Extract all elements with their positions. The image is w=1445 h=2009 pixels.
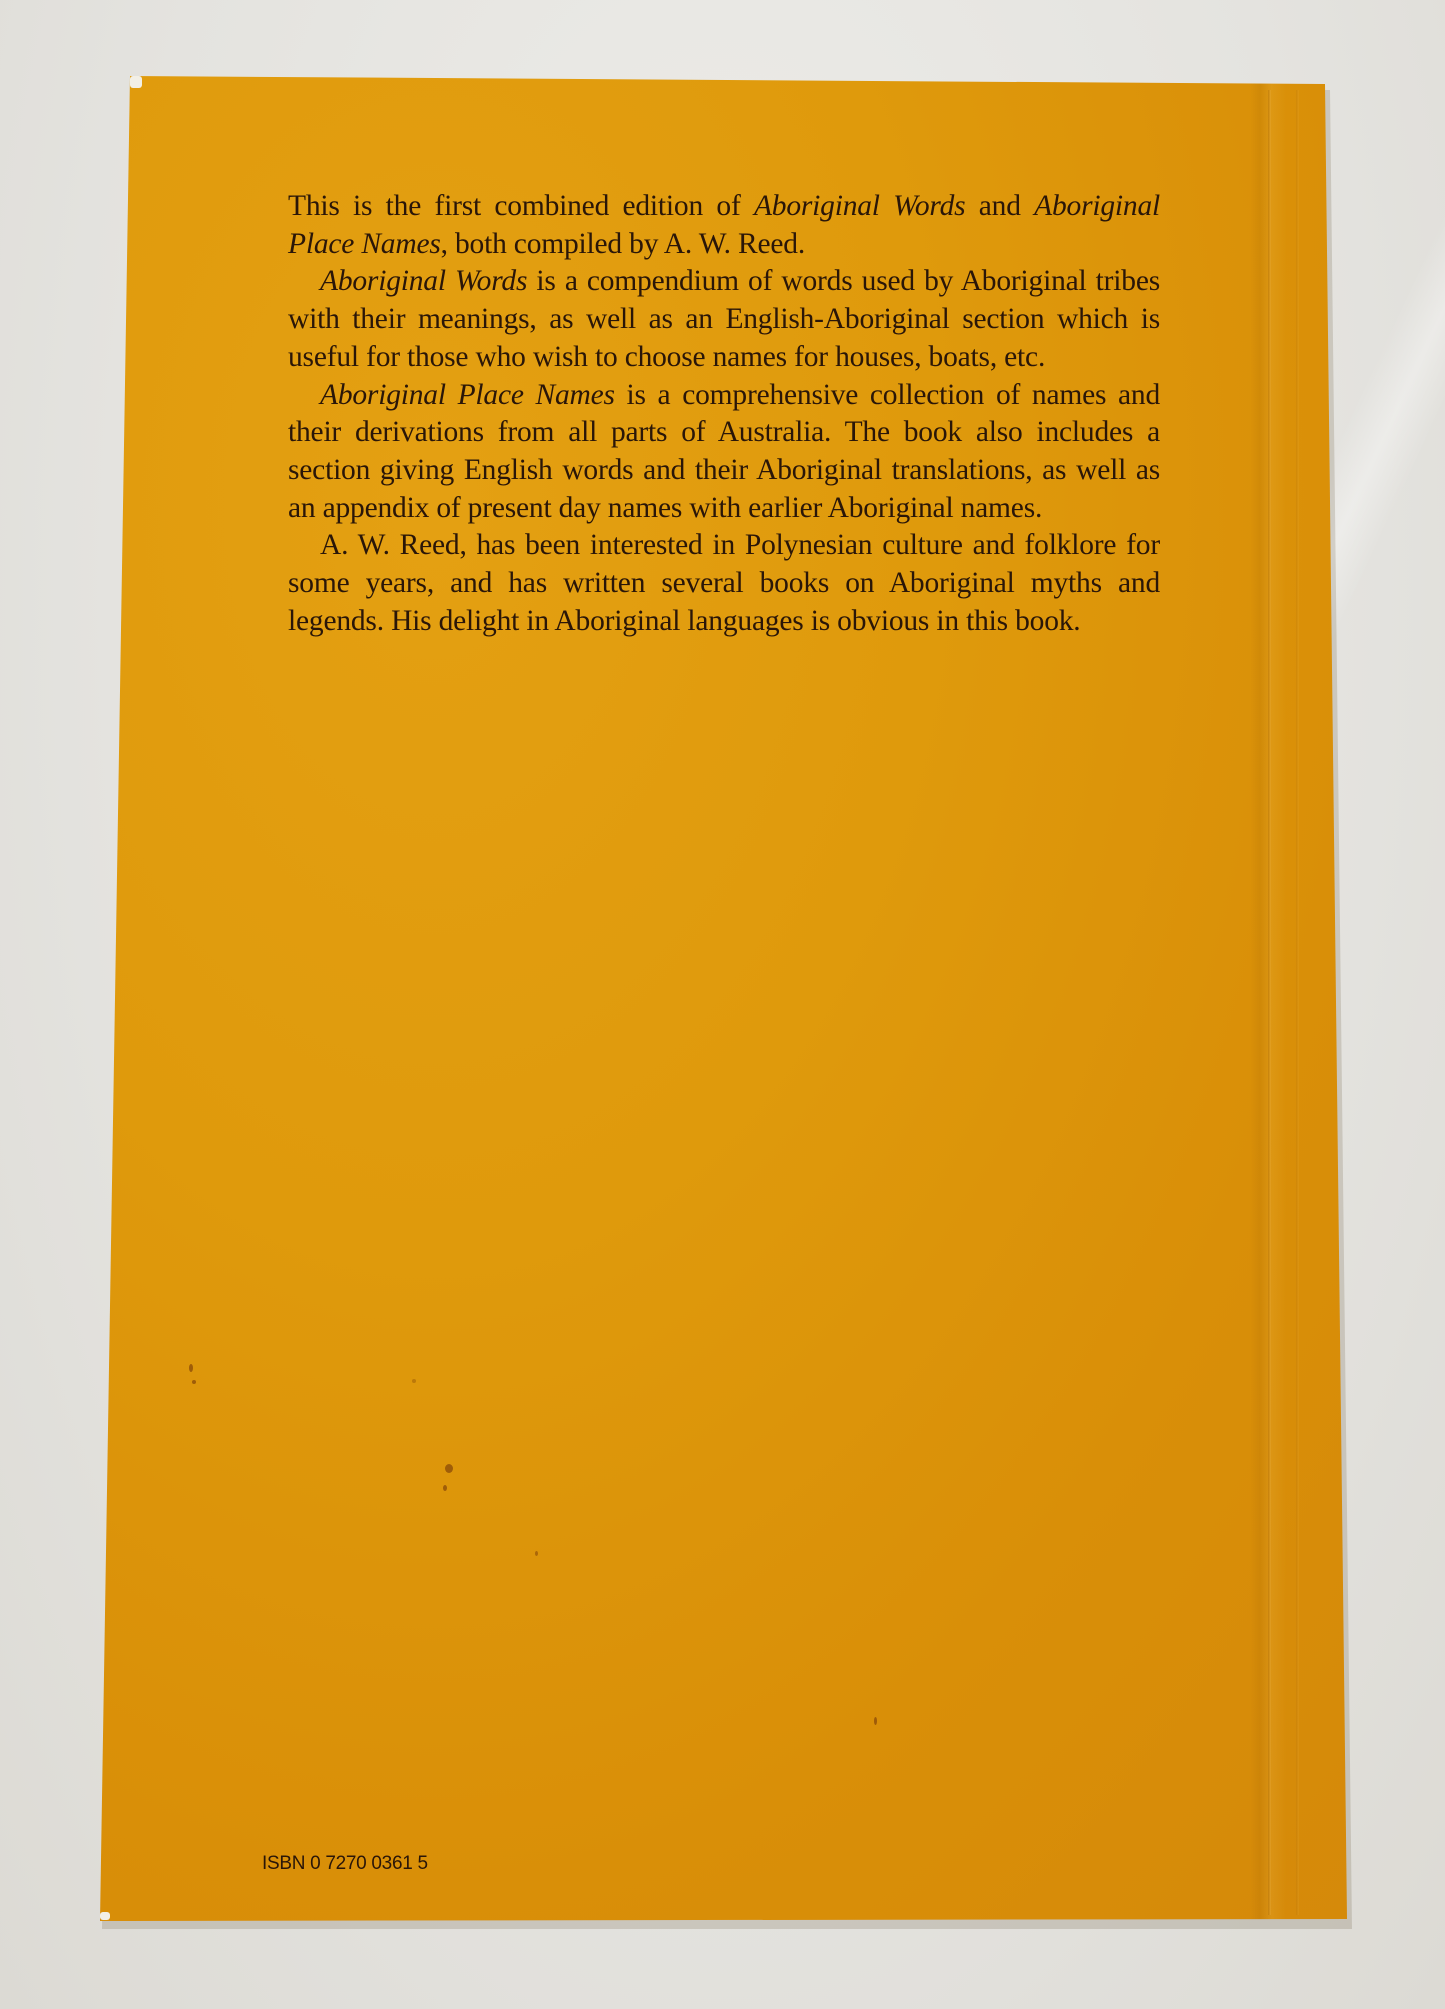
stain-speck (192, 1380, 196, 1384)
book-title-italic: Aboriginal Words (320, 265, 527, 297)
blurb-paragraph-4: A. W. Reed, has been interested in Polyn… (288, 527, 1160, 640)
isbn-number: ISBN 0 7270 0361 5 (262, 1853, 428, 1875)
stain-speck (412, 1379, 416, 1383)
blurb-text: This is the first combined edition of Ab… (288, 188, 1160, 640)
blurb-paragraph-1: This is the first combined edition of Ab… (288, 188, 1160, 263)
corner-wear-top-left (130, 76, 142, 88)
stain-speck (443, 1485, 447, 1491)
stain-speck (874, 1717, 877, 1725)
text: and (965, 190, 1034, 222)
book-title-italic: Aboriginal Place Names (320, 379, 615, 411)
stain-speck (445, 1464, 453, 1473)
stain-speck (189, 1364, 193, 1372)
book-title-italic: Aboriginal Words (754, 190, 965, 222)
blurb-paragraph-2: Aboriginal Words is a compendium of word… (288, 263, 1160, 376)
text: A. W. Reed, has been interested in Polyn… (288, 529, 1160, 636)
text: , both compiled by A. W. Reed. (441, 228, 805, 260)
text: This is the first combined edition of (288, 190, 754, 222)
corner-wear-bottom-left (100, 1912, 110, 1920)
book-back-cover: This is the first combined edition of Ab… (0, 0, 1445, 2009)
stain-speck (535, 1551, 538, 1556)
blurb-paragraph-3: Aboriginal Place Names is a comprehensiv… (288, 377, 1160, 528)
